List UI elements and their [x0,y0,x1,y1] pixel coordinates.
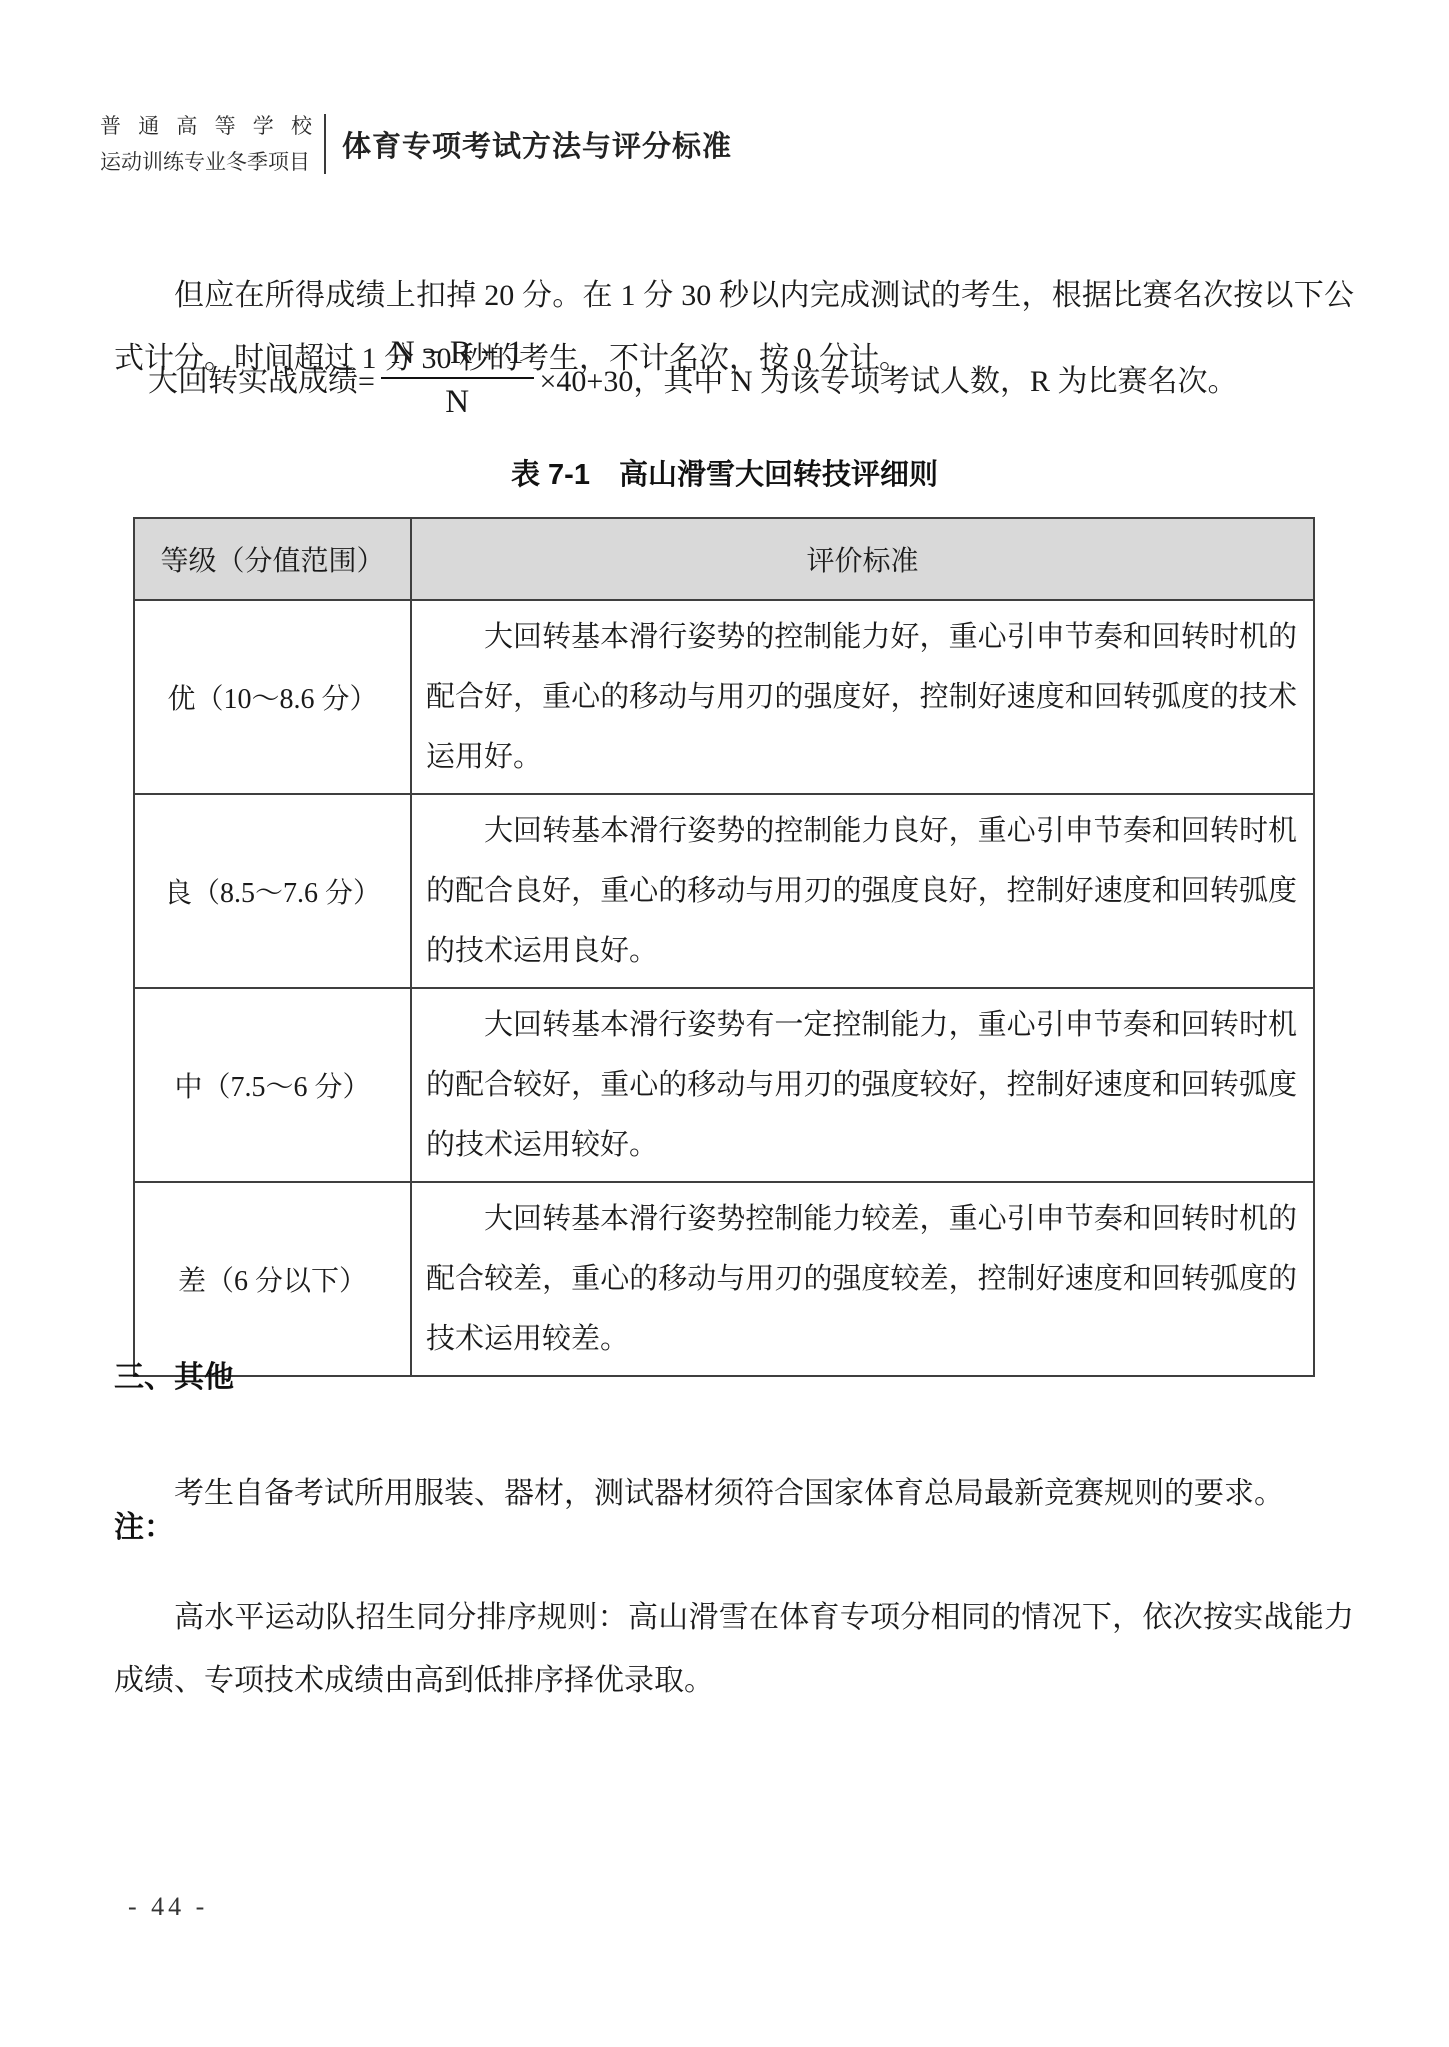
formula-prefix: 大回转实战成绩= [148,356,375,400]
grade-cell: 优（10～8.6 分） [134,600,411,794]
formula-denominator: N [445,379,469,423]
table-row: 优（10～8.6 分） 大回转基本滑行姿势的控制能力好，重心引申节奏和回转时机的… [134,600,1314,794]
running-header: 普通高等学校 运动训练专业冬季项目 体育专项考试方法与评分标准 [100,108,732,180]
section-other-paragraph: 考生自备考试所用服装、器材，测试器材须符合国家体育总局最新竞赛规则的要求。 [114,1462,1354,1525]
table-row: 良（8.5～7.6 分） 大回转基本滑行姿势的控制能力良好，重心引申节奏和回转时… [134,794,1314,988]
criteria-cell: 大回转基本滑行姿势有一定控制能力，重心引申节奏和回转时机的配合较好，重心的移动与… [411,988,1314,1182]
grade-cell: 良（8.5～7.6 分） [134,794,411,988]
column-header-criteria: 评价标准 [411,518,1314,600]
formula-fraction: N − R + 1 N [381,333,534,424]
header-book-title: 体育专项考试方法与评分标准 [342,124,732,165]
column-header-grade: 等级（分值范围） [134,518,411,600]
grade-cell: 差（6 分以下） [134,1182,411,1376]
formula-numerator: N − R + 1 [381,333,534,379]
grade-cell: 中（7.5～6 分） [134,988,411,1182]
table-row: 差（6 分以下） 大回转基本滑行姿势控制能力较差，重心引申节奏和回转时机的配合较… [134,1182,1314,1376]
note-paragraph: 高水平运动队招生同分排序规则：高山滑雪在体育专项分相同的情况下，依次按实战能力成… [114,1586,1354,1712]
header-series-line1: 普通高等学校 [100,108,312,144]
page-number: - 44 - [128,1892,208,1922]
table-caption: 表 7-1 高山滑雪大回转技评细则 [0,452,1449,493]
rubric-table: 等级（分值范围） 评价标准 优（10～8.6 分） 大回转基本滑行姿势的控制能力… [133,517,1315,1377]
table-row: 中（7.5～6 分） 大回转基本滑行姿势有一定控制能力，重心引申节奏和回转时机的… [134,988,1314,1182]
criteria-cell: 大回转基本滑行姿势的控制能力良好，重心引申节奏和回转时机的配合良好，重心的移动与… [411,794,1314,988]
document-page: 普通高等学校 运动训练专业冬季项目 体育专项考试方法与评分标准 但应在所得成绩上… [0,0,1449,2047]
header-series-title: 普通高等学校 运动训练专业冬季项目 [100,108,312,180]
criteria-cell: 大回转基本滑行姿势控制能力较差，重心引申节奏和回转时机的配合较差，重心的移动与用… [411,1182,1314,1376]
note-heading: 注： [114,1502,174,1546]
header-divider [324,114,326,174]
table-header-row: 等级（分值范围） 评价标准 [134,518,1314,600]
header-series-line2: 运动训练专业冬季项目 [100,144,312,180]
score-formula: 大回转实战成绩= N − R + 1 N ×40+30，其中 N 为该专项考试人… [148,330,1238,426]
formula-suffix: ×40+30，其中 N 为该专项考试人数，R 为比赛名次。 [540,356,1238,400]
section-heading-other: 三、其他 [114,1352,234,1396]
criteria-cell: 大回转基本滑行姿势的控制能力好，重心引申节奏和回转时机的配合好，重心的移动与用刃… [411,600,1314,794]
